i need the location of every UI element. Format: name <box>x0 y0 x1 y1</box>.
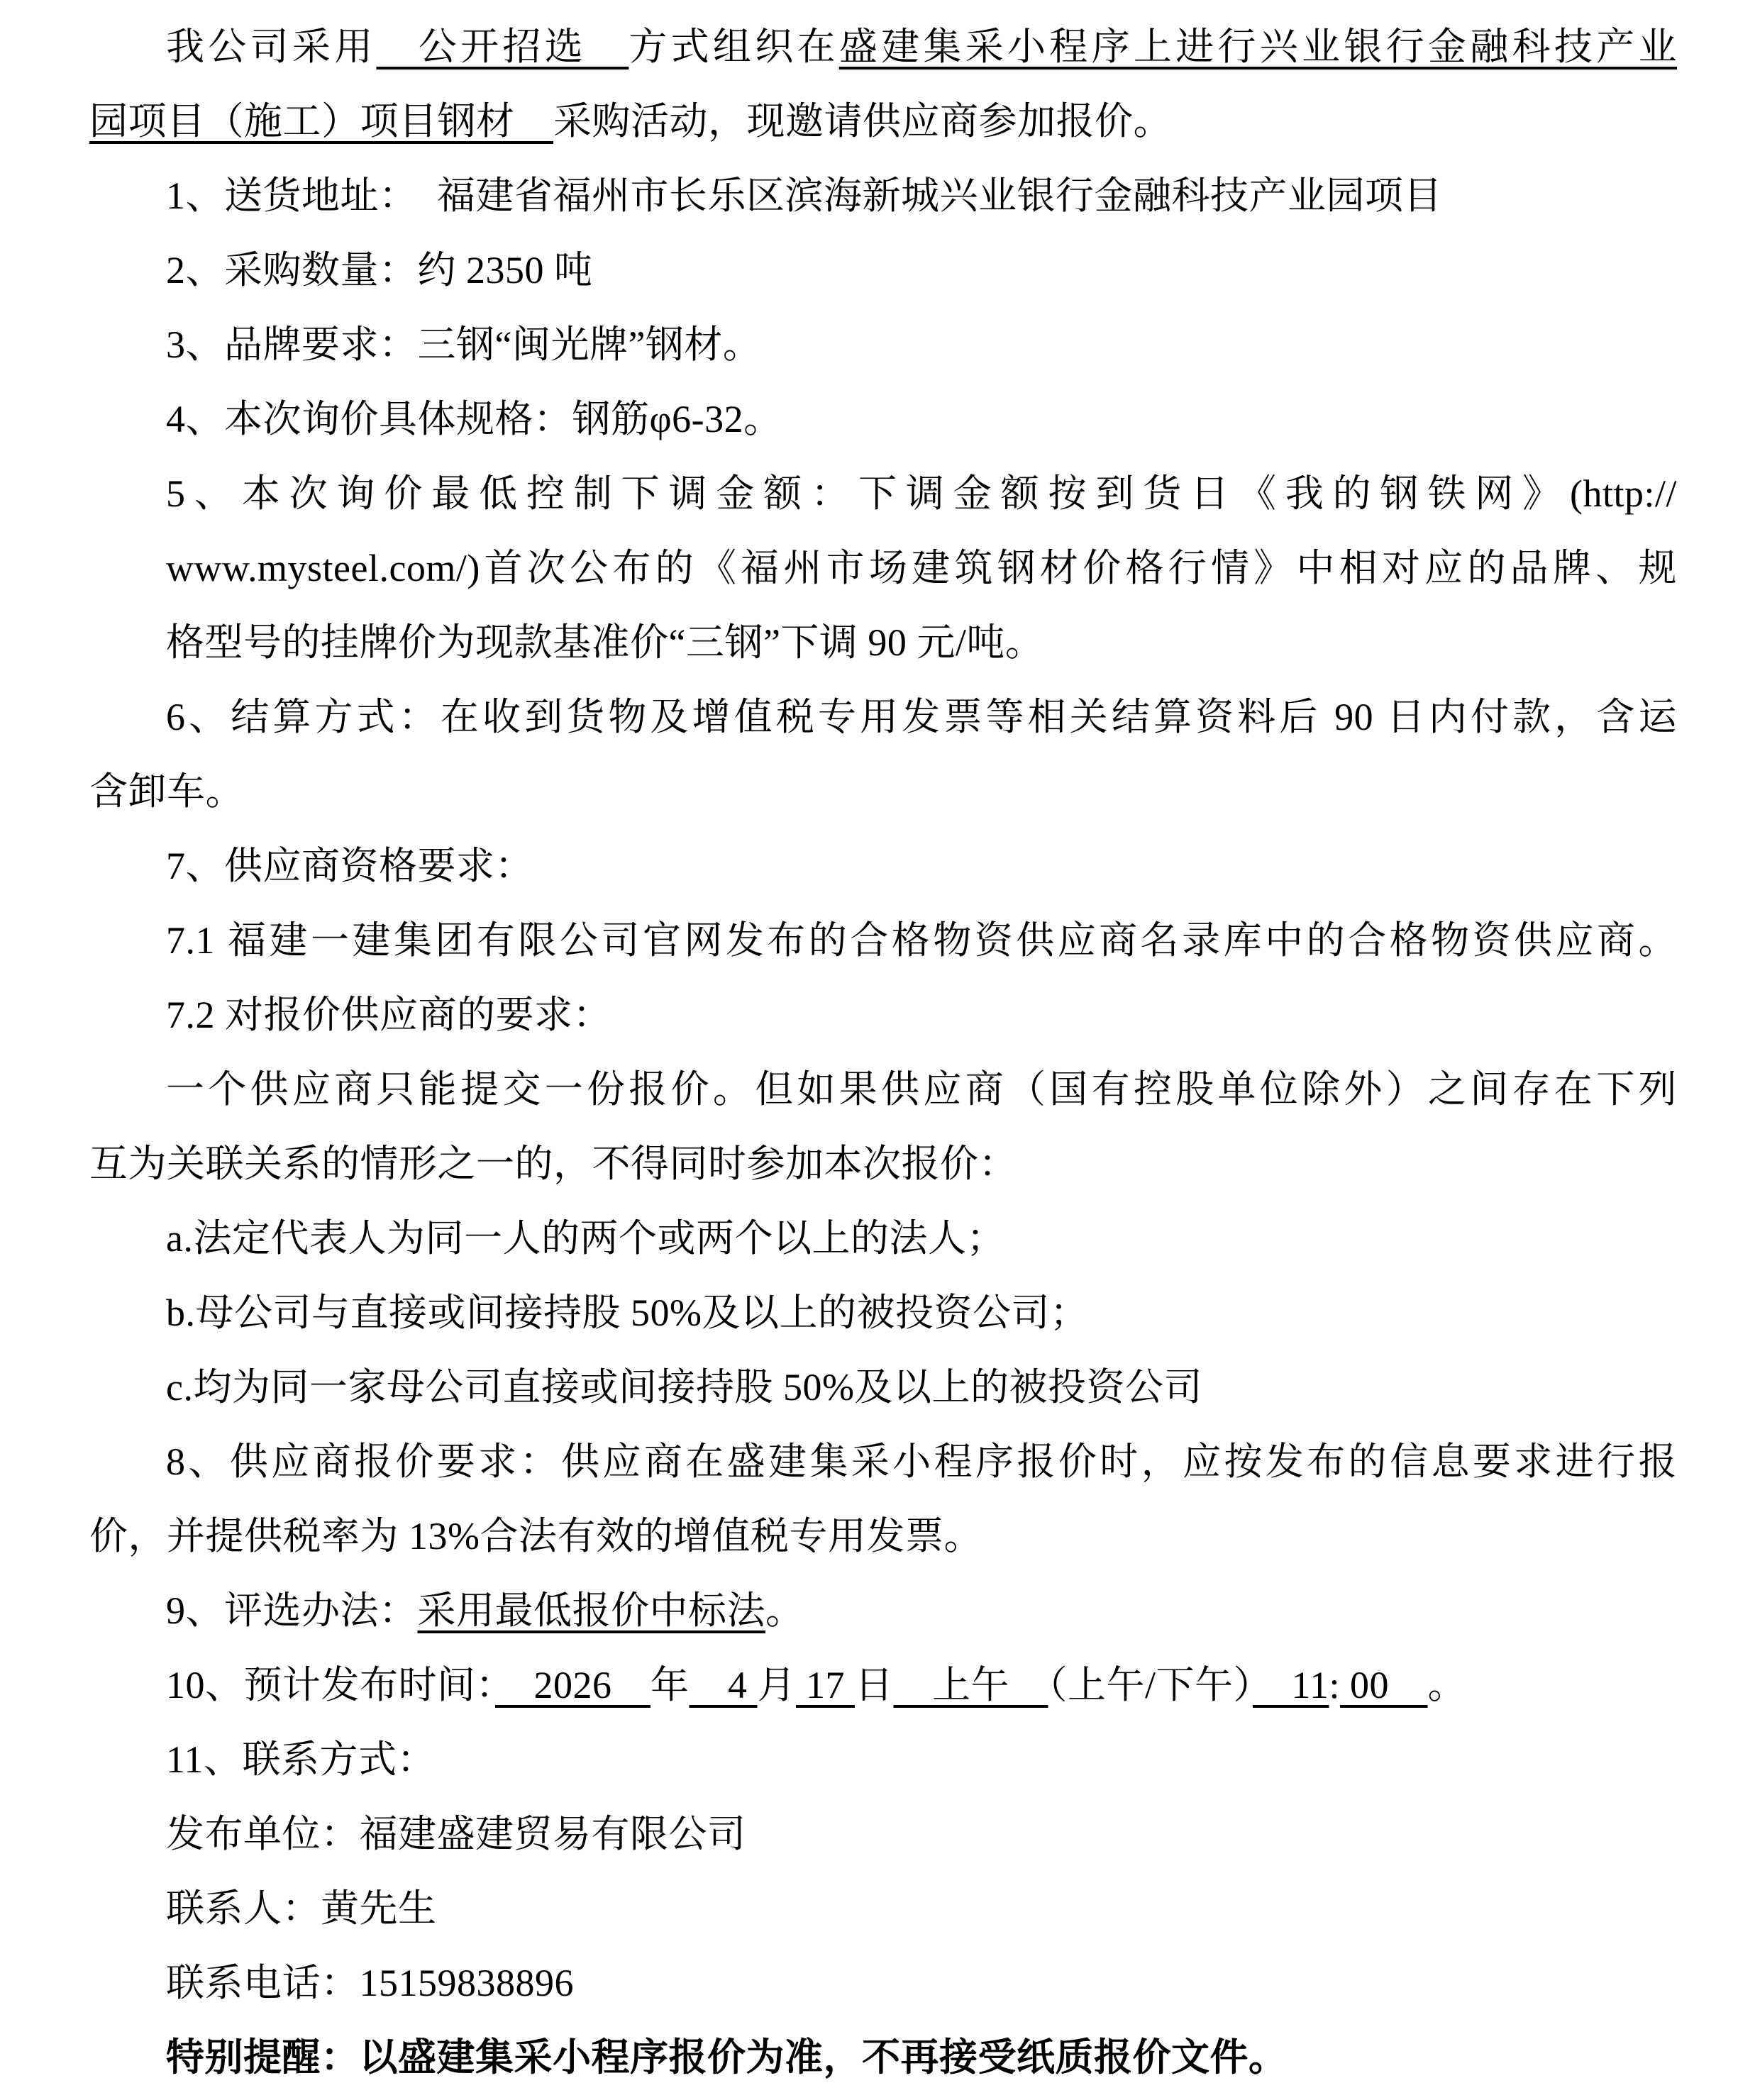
doc-line-22: 9、评选办法：采用最低报价中标法。 <box>89 1574 1677 1648</box>
text-segment: 采购活动，现邀请供应商参加报价。 <box>553 100 1172 143</box>
document-body: 我公司采用 公开招选 方式组织在盛建集采小程序上进行兴业银行金融科技产业园项目（… <box>0 0 1755 2095</box>
doc-line-10: 6、结算方式：在收到货物及增值税专用发票等相关结算资料后 90 日内付款，含运 <box>89 680 1677 755</box>
text-segment: 7、供应商资格要求： <box>166 845 533 887</box>
doc-line-19: c.均为同一家母公司直接或间接持股 50%及以上的被投资公司 <box>89 1350 1677 1425</box>
text-segment: 9、评选办法： <box>166 1589 418 1632</box>
text-segment: www.mysteel.com/)首次公布的《福州市场建筑钢材价格行情》中相对应… <box>166 547 1677 589</box>
doc-line-9: 格型号的挂牌价为现款基准价“三钢”下调 90 元/吨。 <box>89 606 1677 680</box>
text-segment: 7.2 对报价供应商的要求： <box>166 994 611 1036</box>
doc-line-23: 10、预计发布时间： 2026 年 4 月 17 日 上午 （上午/下午） 11… <box>89 1648 1677 1723</box>
text-segment: a.法定代表人为同一人的两个或两个以上的法人； <box>166 1217 1005 1260</box>
doc-line-4: 2、采购数量：约 2350 吨 <box>89 233 1677 308</box>
doc-line-6: 4、本次询价具体规格：钢筋φ6-32。 <box>89 382 1677 457</box>
doc-line-11: 含卸车。 <box>89 755 1677 829</box>
underlined-segment: 盛建集采小程序上进行兴业银行金融科技产业 <box>839 26 1677 68</box>
text-segment: 特别提醒：以盛建集采小程序报价为准，不再接受纸质报价文件。 <box>166 2036 1288 2079</box>
text-segment: 10、预计发布时间： <box>166 1664 495 1706</box>
doc-line-27: 联系电话：15159838896 <box>89 1946 1677 2021</box>
doc-line-13: 7.1 福建一建集团有限公司官网发布的合格物资供应商名录库中的合格物资供应商。 <box>89 904 1677 978</box>
doc-line-28: 特别提醒：以盛建集采小程序报价为准，不再接受纸质报价文件。 <box>89 2021 1677 2095</box>
text-segment: 。 <box>765 1589 804 1632</box>
doc-line-21: 价，并提供税率为 13%合法有效的增值税专用发票。 <box>89 1499 1677 1574</box>
text-segment: 月 <box>758 1664 797 1706</box>
text-segment: 1、送货地址： 福建省福州市长乐区滨海新城兴业银行金融科技产业园项目 <box>166 174 1442 217</box>
doc-line-17: a.法定代表人为同一人的两个或两个以上的法人； <box>89 1201 1677 1276</box>
text-segment: 一个供应商只能提交一份报价。但如果供应商（国有控股单位除外）之间存在下列 <box>166 1068 1677 1111</box>
underlined-segment: 采用最低报价中标法 <box>418 1589 766 1632</box>
text-segment: 2、采购数量：约 2350 吨 <box>166 249 593 291</box>
text-segment: 互为关联关系的情形之一的，不得同时参加本次报价： <box>89 1143 1017 1185</box>
text-segment: 11、联系方式： <box>166 1738 436 1781</box>
underlined-segment: 上午 <box>894 1664 1048 1706</box>
doc-line-26: 联系人：黄先生 <box>89 1872 1677 1946</box>
doc-line-15: 一个供应商只能提交一份报价。但如果供应商（国有控股单位除外）之间存在下列 <box>89 1052 1677 1127</box>
text-segment: 6、结算方式：在收到货物及增值税专用发票等相关结算资料后 90 日内付款，含运 <box>166 696 1677 738</box>
underlined-segment: 00 <box>1340 1664 1428 1706</box>
text-segment: 日 <box>855 1664 894 1706</box>
text-segment: 联系人：黄先生 <box>166 1887 437 1930</box>
text-segment: 发布单位：福建盛建贸易有限公司 <box>166 1813 746 1855</box>
doc-line-14: 7.2 对报价供应商的要求： <box>89 978 1677 1052</box>
text-segment: 。 <box>1428 1664 1467 1706</box>
text-segment: b.母公司与直接或间接持股 50%及以上的被投资公司； <box>166 1291 1088 1334</box>
text-segment: 7.1 福建一建集团有限公司官网发布的合格物资供应商名录库中的合格物资供应商。 <box>166 919 1677 962</box>
doc-line-12: 7、供应商资格要求： <box>89 829 1677 904</box>
text-segment: 含卸车。 <box>89 770 244 813</box>
doc-line-3: 1、送货地址： 福建省福州市长乐区滨海新城兴业银行金融科技产业园项目 <box>89 159 1677 233</box>
text-segment: 联系电话：15159838896 <box>166 1962 574 2004</box>
underlined-segment: 园项目（施工）项目钢材 <box>89 100 553 143</box>
doc-line-8: www.mysteel.com/)首次公布的《福州市场建筑钢材价格行情》中相对应… <box>89 531 1677 606</box>
doc-line-24: 11、联系方式： <box>89 1723 1677 1797</box>
text-segment: 年 <box>650 1664 690 1706</box>
text-segment: 8、供应商报价要求：供应商在盛建集采小程序报价时，应按发布的信息要求进行报 <box>166 1440 1677 1483</box>
doc-line-1: 我公司采用 公开招选 方式组织在盛建集采小程序上进行兴业银行金融科技产业 <box>89 10 1677 84</box>
underlined-segment: 2026 <box>495 1664 650 1706</box>
doc-line-5: 3、品牌要求：三钢“闽光牌”钢材。 <box>89 308 1677 382</box>
text-segment: c.均为同一家母公司直接或间接持股 50%及以上的被投资公司 <box>166 1366 1202 1409</box>
doc-line-25: 发布单位：福建盛建贸易有限公司 <box>89 1797 1677 1872</box>
text-segment: 格型号的挂牌价为现款基准价“三钢”下调 90 元/吨。 <box>166 621 1043 664</box>
text-segment: 方式组织在 <box>629 26 839 68</box>
text-segment: （上午/下午） <box>1048 1664 1253 1706</box>
text-segment: 价，并提供税率为 13%合法有效的增值税专用发票。 <box>89 1515 982 1557</box>
doc-line-16: 互为关联关系的情形之一的，不得同时参加本次报价： <box>89 1127 1677 1201</box>
text-segment: 3、品牌要求：三钢“闽光牌”钢材。 <box>166 323 761 366</box>
underlined-segment: 11 <box>1253 1664 1329 1706</box>
text-segment: 5、本次询价最低控制下调金额：下调金额按到货日《我的钢铁网》(http:// <box>166 472 1677 515</box>
doc-line-18: b.母公司与直接或间接持股 50%及以上的被投资公司； <box>89 1276 1677 1350</box>
underlined-segment: 公开招选 <box>377 26 629 68</box>
underlined-segment: 17 <box>796 1664 855 1706</box>
text-segment: 4、本次询价具体规格：钢筋φ6-32。 <box>166 398 782 440</box>
underlined-segment: 4 <box>690 1664 758 1706</box>
doc-line-20: 8、供应商报价要求：供应商在盛建集采小程序报价时，应按发布的信息要求进行报 <box>89 1425 1677 1499</box>
doc-line-2: 园项目（施工）项目钢材 采购活动，现邀请供应商参加报价。 <box>89 84 1677 159</box>
text-segment: : <box>1329 1664 1341 1706</box>
doc-line-7: 5、本次询价最低控制下调金额：下调金额按到货日《我的钢铁网》(http:// <box>89 457 1677 531</box>
text-segment: 我公司采用 <box>166 26 377 68</box>
